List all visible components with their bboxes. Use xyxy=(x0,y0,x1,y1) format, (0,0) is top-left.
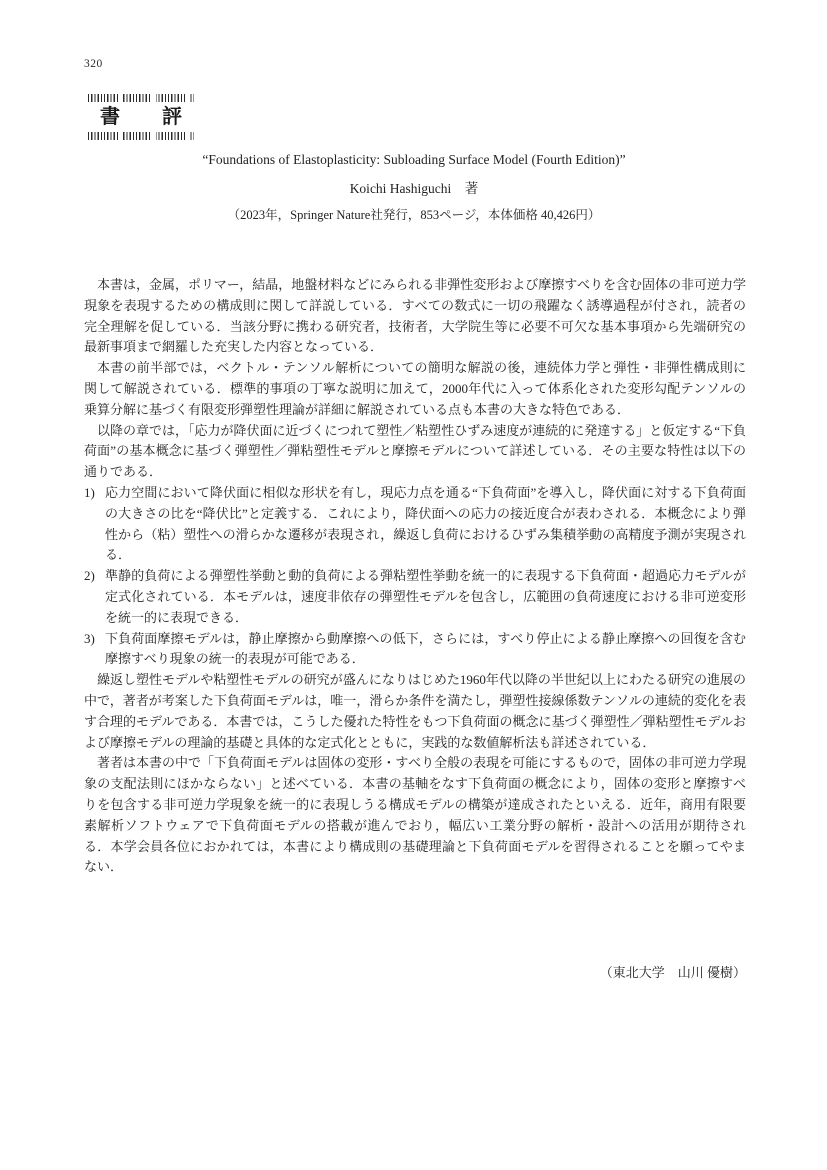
hatch-rule-bottom xyxy=(88,132,194,140)
reviewer-signature: （東北大学 山川 優樹） xyxy=(84,962,746,981)
list-marker: 3) xyxy=(84,629,95,650)
paragraph-conclusion: 著者は本書の中で「下負荷面モデルは固体の変形・すべり全般の表現を可能にするもので… xyxy=(84,753,746,878)
review-body: 本書は，金属，ポリマー，結晶，地盤材料などにみられる非弾性変形および摩擦すべりを… xyxy=(84,275,746,878)
book-title: “Foundations of Elastoplasticity: Subloa… xyxy=(84,150,744,170)
list-item: 3) 下負荷面摩擦モデルは，静止摩擦から動摩擦への低下，さらには，すべり停止によ… xyxy=(84,629,746,671)
paragraph-first-half: 本書の前半部では，ベクトル・テンソル解析についての簡明な解説の後，連続体力学と弾… xyxy=(84,358,746,420)
paragraph-later-chapters: 以降の章では，「応力が降伏面に近づくにつれて塑性／粘塑性ひずみ速度が連続的に発達… xyxy=(84,421,746,483)
list-item-text: 応力空間において降伏面に相似な形状を有し，現応力点を通る“下負荷面”を導入し，降… xyxy=(105,485,746,562)
list-item: 1) 応力空間において降伏面に相似な形状を有し，現応力点を通る“下負荷面”を導入… xyxy=(84,483,746,566)
title-block: “Foundations of Elastoplasticity: Subloa… xyxy=(84,150,744,225)
hatch-rule-top xyxy=(88,94,194,102)
list-item: 2) 準静的負荷による弾塑性挙動と動的負荷による弾粘塑性挙動を統一的に表現する下… xyxy=(84,566,746,628)
list-item-text: 下負荷面摩擦モデルは，静止摩擦から動摩擦への低下，さらには，すべり停止による静止… xyxy=(105,631,746,667)
list-marker: 1) xyxy=(84,483,95,504)
book-review-section-badge: 書 評 xyxy=(88,94,194,140)
paragraph-research-progress: 繰返し塑性モデルや粘塑性モデルの研究が盛んになりはじめた1960年代以降の半世紀… xyxy=(84,670,746,753)
section-title-char-left: 書 xyxy=(100,105,120,129)
paragraph-intro: 本書は，金属，ポリマー，結晶，地盤材料などにみられる非弾性変形および摩擦すべりを… xyxy=(84,275,746,358)
list-marker: 2) xyxy=(84,566,95,587)
book-author: Koichi Hashiguchi 著 xyxy=(84,179,744,199)
section-title-char-right: 評 xyxy=(162,105,182,129)
section-title: 書 評 xyxy=(88,102,194,132)
publication-info: （2023年，Springer Nature社発行，853ページ，本体価格 40… xyxy=(84,206,744,225)
book-review-page: 320 書 評 “Foundations of Elastoplasticity… xyxy=(0,0,827,1170)
list-item-text: 準静的負荷による弾塑性挙動と動的負荷による弾粘塑性挙動を統一的に表現する下負荷面… xyxy=(105,568,746,625)
page-number: 320 xyxy=(84,58,827,70)
